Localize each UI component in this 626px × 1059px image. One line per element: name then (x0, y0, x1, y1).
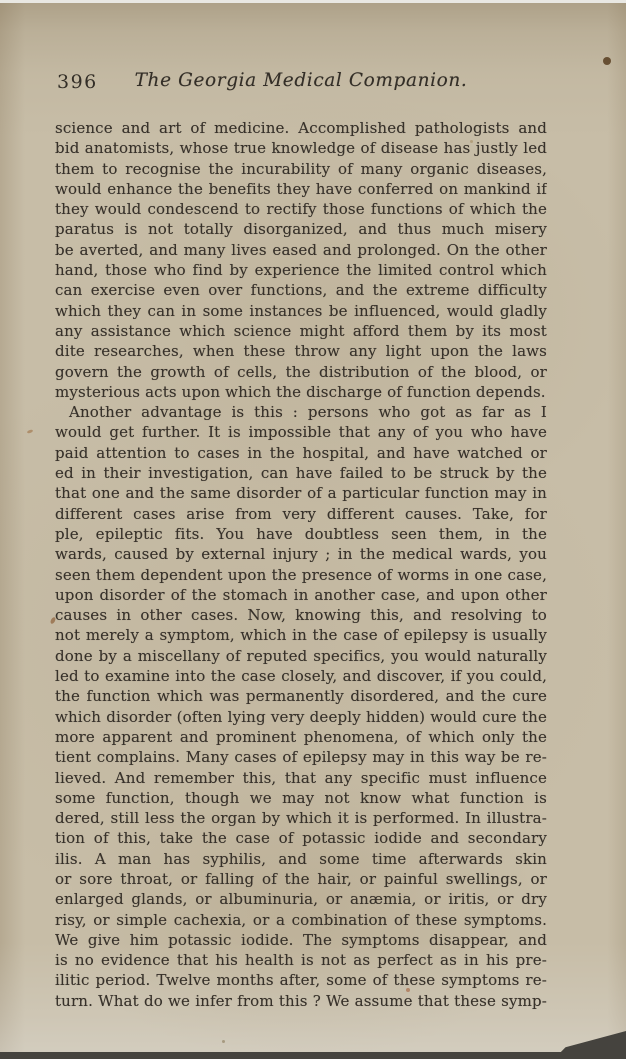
foxing-spot (406, 988, 410, 992)
text-line: We give him potassic iodide. The symptom… (55, 930, 547, 950)
text-line: upon disorder of the stomach in another … (55, 585, 547, 605)
text-line: tient complains. Many cases of epilepsy … (55, 747, 547, 767)
text-line: led to examine into the case closely, an… (55, 666, 547, 686)
text-line: would enhance the benefits they have con… (55, 179, 547, 199)
text-line: ed in their investigation, can have fail… (55, 463, 547, 483)
text-line: which they can in some instances be infl… (55, 301, 547, 321)
scan-top-edge (0, 0, 626, 3)
text-line: dite researches, when these throw any li… (55, 341, 547, 361)
foxing-spot (470, 140, 473, 143)
text-line: causes in other cases. Now, knowing this… (55, 605, 547, 625)
text-line: seen them dependent upon the presence of… (55, 565, 547, 585)
text-line: dered, still less the organ by which it … (55, 808, 547, 828)
text-line: Another advantage is this : persons who … (55, 402, 547, 422)
text-line: wards, caused by external injury ; in th… (55, 544, 547, 564)
text-line: can exercise even over functions, and th… (55, 280, 547, 300)
text-line: any assistance which science might affor… (55, 321, 547, 341)
text-line: some function, though we may not know wh… (55, 788, 547, 808)
text-line: mysterious acts upon which the discharge… (55, 382, 547, 402)
scanned-page: 396 The Georgia Medical Companion. scien… (0, 0, 626, 1059)
text-line: would get further. It is impossible that… (55, 422, 547, 442)
text-line: or sore throat, or falling of the hair, … (55, 869, 547, 889)
text-line: risy, or simple cachexia, or a combinati… (55, 910, 547, 930)
foxing-spot (222, 1040, 225, 1043)
text-line: which disorder (often lying very deeply … (55, 707, 547, 727)
text-line: done by a miscellany of reputed specific… (55, 646, 547, 666)
text-line: paid attention to cases in the hospital,… (55, 443, 547, 463)
foxing-spot (27, 429, 34, 434)
page-number: 396 (57, 71, 98, 93)
ink-spot (603, 57, 611, 65)
journal-title: The Georgia Medical Companion. (135, 70, 468, 91)
page-header: 396 The Georgia Medical Companion. (55, 70, 547, 94)
text-line: not merely a symptom, which in the case … (55, 625, 547, 645)
text-line: the function which was permanently disor… (55, 686, 547, 706)
text-line: ilis. A man has syphilis, and some time … (55, 849, 547, 869)
text-line: them to recognise the incurability of ma… (55, 159, 547, 179)
text-line: govern the growth of cells, the distribu… (55, 362, 547, 382)
text-line: ple, epileptic fits. You have doubtless … (55, 524, 547, 544)
text-line: tion of this, take the case of potassic … (55, 828, 547, 848)
text-line: hand, those who find by experience the l… (55, 260, 547, 280)
text-line: that one and the same disorder of a part… (55, 483, 547, 503)
page-body: science and art of medicine. Accomplishe… (55, 118, 547, 1011)
text-line: bid anatomists, whose true knowledge of … (55, 138, 547, 158)
text-line: ilitic period. Twelve months after, some… (55, 970, 547, 990)
text-line: be averted, and many lives eased and pro… (55, 240, 547, 260)
text-line: enlarged glands, or albuminuria, or anæm… (55, 889, 547, 909)
scan-bottom-edge (0, 1052, 626, 1059)
text-line: science and art of medicine. Accomplishe… (55, 118, 547, 138)
text-line: turn. What do we infer from this ? We as… (55, 991, 547, 1011)
text-line: they would condescend to rectify those f… (55, 199, 547, 219)
text-line: more apparent and prominent phenomena, o… (55, 727, 547, 747)
text-line: different cases arise from very differen… (55, 504, 547, 524)
text-line: is no evidence that his health is not as… (55, 950, 547, 970)
text-line: lieved. And remember this, that any spec… (55, 768, 547, 788)
text-line: paratus is not totally disorganized, and… (55, 219, 547, 239)
